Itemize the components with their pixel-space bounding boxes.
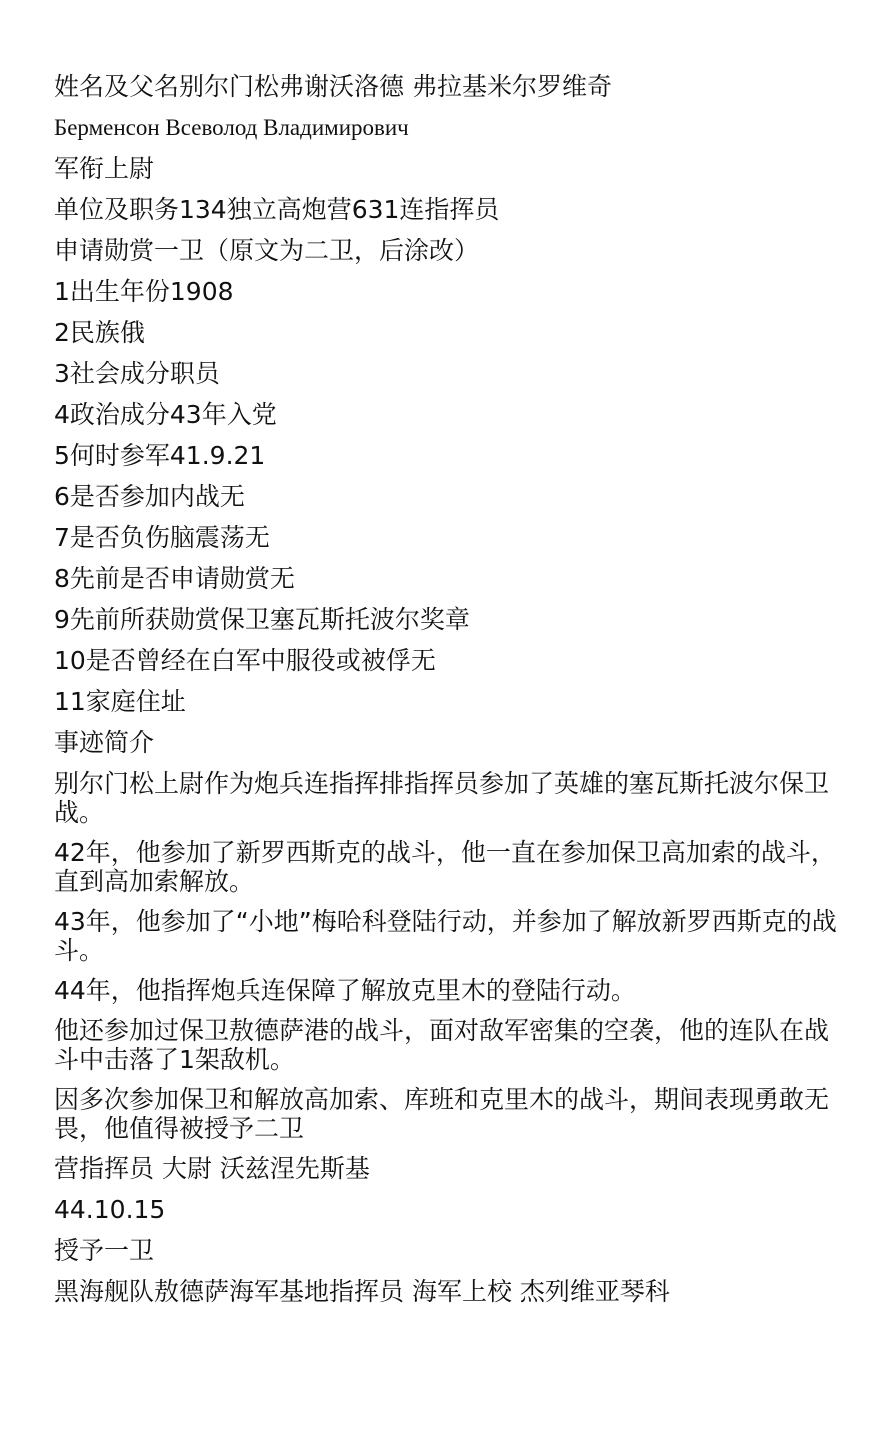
question-4: 4政治成分43年入党: [54, 400, 843, 430]
award-request-line: 申请勋赏一卫（原文为二卫，后涂改）: [54, 236, 843, 266]
summary-paragraph-5: 他还参加过保卫敖德萨港的战斗，面对敌军密集的空袭，他的连队在战斗中击落了1架敌机…: [54, 1016, 844, 1074]
signature-line: 营指挥员 大尉 沃兹涅先斯基: [54, 1154, 843, 1184]
question-11: 11家庭住址: [54, 687, 843, 717]
name-line: 姓名及父名别尔门松弗谢沃洛德 弗拉基米尔罗维奇: [54, 72, 843, 102]
question-6: 6是否参加内战无: [54, 482, 843, 512]
unit-line: 单位及职务134独立高炮营631连指挥员: [54, 195, 843, 225]
question-1: 1出生年份1908: [54, 277, 843, 307]
decision-line: 授予一卫: [54, 1236, 843, 1266]
question-8: 8先前是否申请勋赏无: [54, 564, 843, 594]
question-10: 10是否曾经在白军中服役或被俘无: [54, 646, 843, 676]
summary-paragraph-6: 因多次参加保卫和解放高加索、库班和克里木的战斗，期间表现勇敢无畏，他值得被授予二…: [54, 1085, 844, 1143]
summary-paragraph-4: 44年，他指挥炮兵连保障了解放克里木的登陆行动。: [54, 976, 844, 1005]
summary-title: 事迹简介: [54, 728, 843, 758]
approver-line: 黑海舰队敖德萨海军基地指挥员 海军上校 杰列维亚琴科: [54, 1277, 843, 1307]
question-7: 7是否负伤脑震荡无: [54, 523, 843, 553]
summary-paragraph-2: 42年，他参加了新罗西斯克的战斗，他一直在参加保卫高加索的战斗，直到高加索解放。: [54, 838, 844, 896]
summary-paragraph-1: 别尔门松上尉作为炮兵连指挥排指挥员参加了英雄的塞瓦斯托波尔保卫战。: [54, 769, 844, 827]
russian-name-line: Берменсон Всеволод Владимирович: [54, 113, 843, 143]
date-line: 44.10.15: [54, 1195, 843, 1225]
question-2: 2民族俄: [54, 318, 843, 348]
question-9: 9先前所获勋赏保卫塞瓦斯托波尔奖章: [54, 605, 843, 635]
question-3: 3社会成分职员: [54, 359, 843, 389]
rank-line: 军衔上尉: [54, 154, 843, 184]
award-document: 姓名及父名别尔门松弗谢沃洛德 弗拉基米尔罗维奇 Берменсон Всевол…: [0, 0, 881, 1307]
question-5: 5何时参军41.9.21: [54, 441, 843, 471]
summary-paragraph-3: 43年，他参加了“小地”梅哈科登陆行动，并参加了解放新罗西斯克的战斗。: [54, 907, 844, 965]
